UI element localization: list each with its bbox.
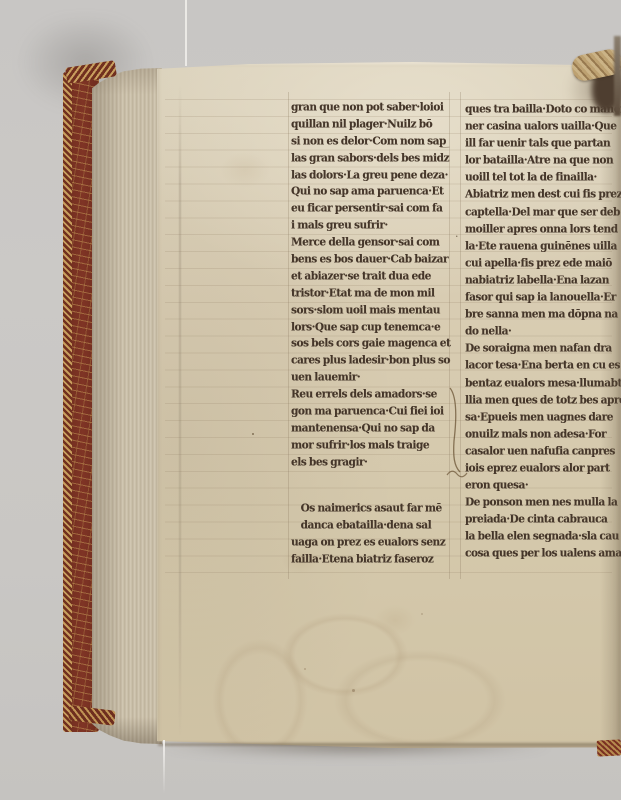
binding-edge-sliver xyxy=(614,36,621,116)
text-line: la bella elen segnada·sla cau xyxy=(465,528,619,546)
text-line: lacor tesa·Ena berta en cu es xyxy=(465,357,619,375)
text-line: Abiatriz men dest cui fis prez xyxy=(465,186,619,204)
text-line: do nella· xyxy=(465,323,619,341)
text-line: failla·Etena biatriz faseroz xyxy=(291,551,455,569)
text-line: uoill tel tot la de finailla· xyxy=(465,169,619,187)
text-line: ill far uenir tals que partan xyxy=(465,135,619,153)
ruling-line-vertical xyxy=(460,92,461,579)
text-line: quillan nil plager·Nuilz bō xyxy=(291,116,455,134)
text-line: tristor·Etat ma de mon mil xyxy=(291,285,455,303)
gilt-cover-border xyxy=(63,72,72,732)
text-line: sors·slom uoil mais mentau xyxy=(291,302,455,320)
text-line: moiller apres onna lors tend xyxy=(465,221,619,239)
text-line: bens es bos dauer·Cab baizar xyxy=(291,251,455,269)
text-line: Merce della gensor·sai com xyxy=(291,234,455,252)
text-line: las gran sabors·dels bes midz xyxy=(291,150,455,168)
text-line: sa·Epueis men uagnes dare xyxy=(465,409,619,427)
text-line: lors·Que sap cup tenemca·e xyxy=(291,319,455,337)
parchment-speck xyxy=(421,613,423,615)
left-text-column-stanza-2: Os naimerics asaut far mē danca ebataill… xyxy=(291,500,455,568)
text-line: casalor uen nafufia canpres xyxy=(465,443,619,461)
text-line: sos bels cors gaie magenca et xyxy=(291,335,455,353)
page-edges-stack xyxy=(92,68,162,744)
text-line: i mals greu sufrir· xyxy=(291,217,455,235)
cover-corner-bottom-right xyxy=(597,739,621,756)
text-line: et abiazer·se trait dua ede xyxy=(291,268,455,286)
text-line: cui apella·fis prez ede maiō xyxy=(465,255,619,273)
text-line: bre sanna men ma dōpna na xyxy=(465,306,619,324)
text-line: la·Ete rauena guinēnes uilla xyxy=(465,238,619,256)
parchment-speck xyxy=(304,668,306,670)
manuscript-photo: gran que non pot saber·loioiquillan nil … xyxy=(0,0,621,800)
page-bottom-edge xyxy=(158,743,620,746)
text-line: danca ebatailla·dena sal xyxy=(291,517,455,535)
fore-edge-shadow xyxy=(600,58,621,748)
left-text-column-stanza-1: gran que non pot saber·loioiquillan nil … xyxy=(291,99,455,471)
text-line: llia men ques de totz bes apre xyxy=(465,392,619,410)
text-line: lor batailla·Atre na que non xyxy=(465,152,619,170)
parchment-speck xyxy=(352,689,355,692)
text-line: iois eprez eualors alor part xyxy=(465,460,619,478)
text-line: De ponson men nes mulla la xyxy=(465,494,619,512)
text-line: uen lauemir· xyxy=(291,369,455,387)
ink-speck xyxy=(252,433,254,435)
text-line: els bes gragir· xyxy=(291,454,455,472)
text-line: mor sufrir·los mals traige xyxy=(291,437,455,455)
text-line: eron quesa· xyxy=(465,477,619,495)
text-line: Qui no sap ama paruenca·Et xyxy=(291,183,455,201)
text-line: si non es delor·Com nom sap xyxy=(291,133,455,151)
margin-bracket-mark xyxy=(445,386,469,480)
text-line: fasor qui sap ia lanouella·Er xyxy=(465,289,619,307)
text-line: captella·Del mar que ser deb xyxy=(465,204,619,222)
text-line: gon ma paruenca·Cui fiei ioi xyxy=(291,403,455,421)
text-line: Os naimerics asaut far mē xyxy=(291,500,455,518)
text-line: nabiatriz labella·Ena lazan xyxy=(465,272,619,290)
text-line: preiada·De cinta cabrauca xyxy=(465,511,619,529)
text-line: onuilz mals non adesa·For xyxy=(465,426,619,444)
text-line: uaga on prez es eualors senz xyxy=(291,534,455,552)
right-text-column: ques tra bailla·Doto co manerner casina … xyxy=(465,101,619,563)
text-line: cares plus ladesir·bon plus so xyxy=(291,352,455,370)
margin-dot-mark: · xyxy=(455,230,459,243)
cradle-thread-bottom xyxy=(163,740,165,794)
text-line: mantenensa·Qui no sap da xyxy=(291,420,455,438)
text-line: bentaz eualors mesa·llumabt xyxy=(465,375,619,393)
ruling-line-vertical xyxy=(288,92,289,579)
margin-dash-mark: — xyxy=(440,142,451,154)
text-line: las dolors·La greu pene deza· xyxy=(291,167,455,185)
text-line: Reu errels dels amadors·se xyxy=(291,386,455,404)
cradle-thread-top xyxy=(185,0,187,66)
text-line: eu ficar persentir·sai com fa xyxy=(291,200,455,218)
text-line: gran que non pot saber·loioi xyxy=(291,99,455,117)
text-line: cosa ques per los ualens ama xyxy=(465,545,619,563)
text-line: De soraigna men nafan dra xyxy=(465,340,619,358)
